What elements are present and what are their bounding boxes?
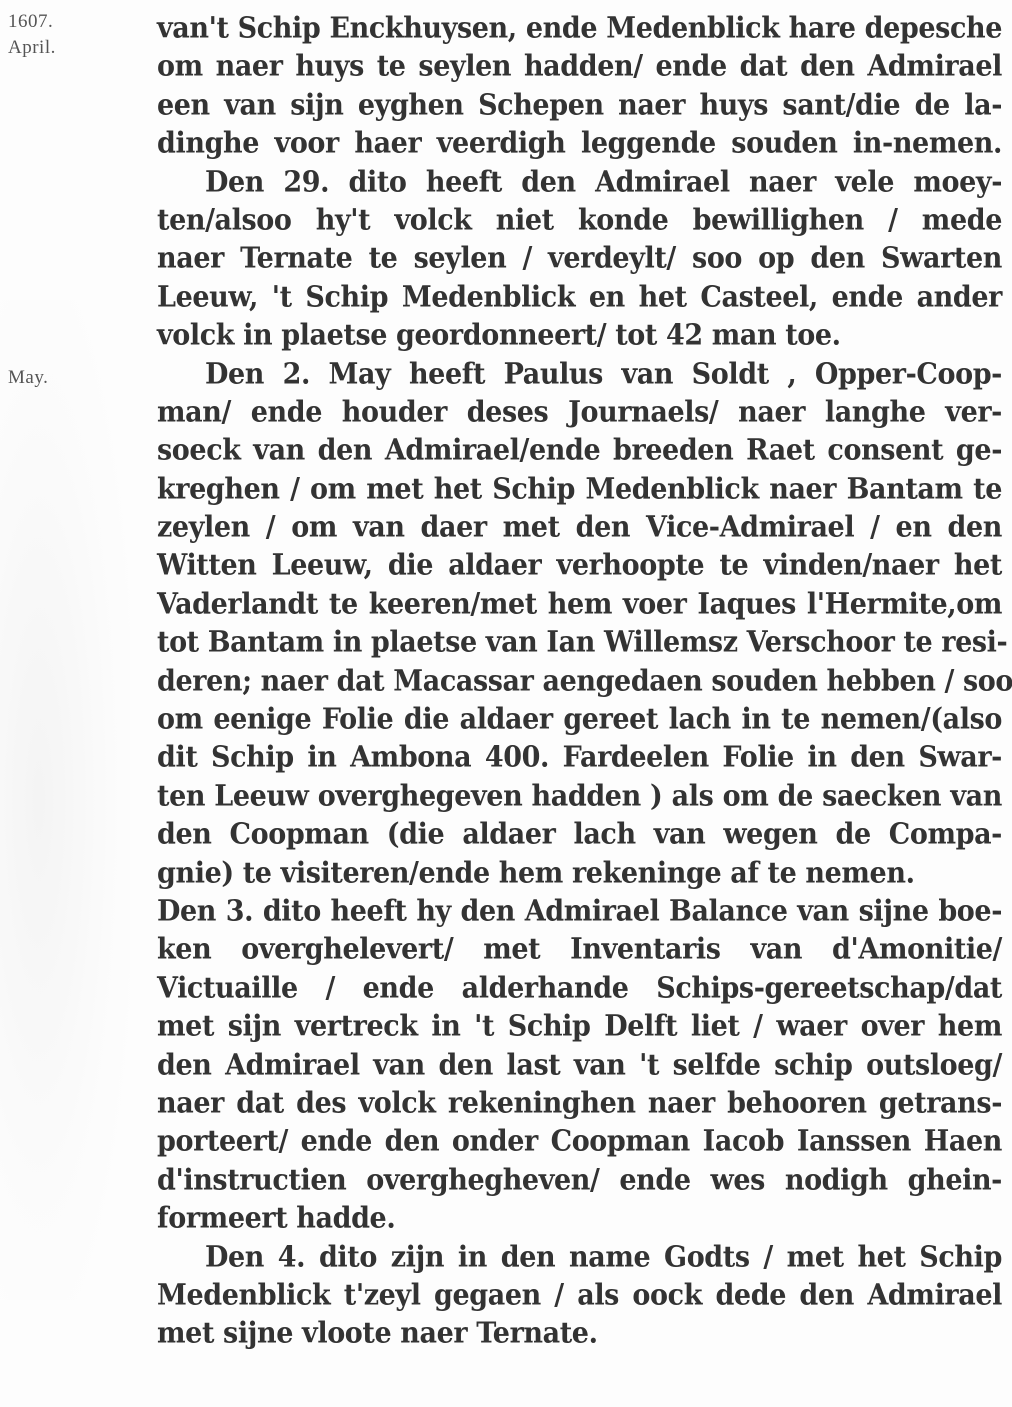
text-line: naer dat des volck rekeninghen naer beho… — [157, 1083, 1002, 1124]
text-line: soeck van den Admirael/ende breeden Raet… — [157, 431, 1002, 472]
text-line: Den 4. dito zijn in den name Godts / met… — [157, 1237, 1002, 1278]
text-line: Victuaille / ende alderhande Schips-gere… — [157, 968, 1002, 1009]
paragraph-3: Den 2. May heeft Paulus van Soldt , Oppe… — [157, 356, 1002, 893]
text-line: zeylen / om van daer met den Vice-Admira… — [157, 508, 1002, 549]
text-line: Den 2. May heeft Paulus van Soldt , Oppe… — [157, 354, 1002, 395]
text-line: volck in plaetse geordonneert/ tot 42 ma… — [157, 316, 1002, 357]
text-line: Den 29. dito heeft den Admirael naer vel… — [157, 162, 1002, 203]
text-line: ten Leeuw overghegeven hadden ) als om d… — [157, 776, 1002, 817]
text-line: ten/alsoo hy't volck niet konde bewillig… — [157, 200, 1002, 241]
text-line: Vaderlandt te keeren/met hem voer Iaques… — [157, 584, 1002, 625]
paragraph-5: Den 4. dito zijn in den name Godts / met… — [157, 1239, 1002, 1354]
margin-note-april: April. — [8, 36, 56, 60]
text-line: Witten Leeuw, die aldaer verhoopte te vi… — [157, 546, 1002, 587]
text-line: porteert/ ende den onder Coopman Iacob I… — [157, 1122, 1002, 1163]
paragraph-2: Den 29. dito heeft den Admirael naer vel… — [157, 164, 1002, 356]
margin-note-year: 1607. — [8, 10, 53, 34]
text-line: formeert hadde. — [157, 1199, 1002, 1240]
text-line: naer Ternate te seylen / verdeylt/ soo o… — [157, 239, 1002, 280]
text-line: dinghe voor haer veerdigh leggende soude… — [157, 124, 1002, 165]
text-line: dit Schip in Ambona 400. Fardeelen Folie… — [157, 738, 1002, 779]
text-line: Den 3. dito heeft hy den Admirael Balanc… — [157, 891, 1002, 932]
text-line: den Coopman (die aldaer lach van wegen d… — [157, 815, 1002, 856]
text-line: d'instructien overghegheven/ ende wes no… — [157, 1160, 1002, 1201]
text-line: deren; naer dat Macassar aengedaen soude… — [157, 661, 1002, 702]
text-line: gnie) te visiteren/ende hem rekeninge af… — [157, 853, 1002, 894]
paragraph-1: van't Schip Enckhuysen, ende Medenblick … — [157, 10, 1002, 164]
text-line: tot Bantam in plaetse van Ian Willemsz V… — [157, 623, 1002, 664]
text-line: om naer huys te seylen hadden/ ende dat … — [157, 47, 1002, 88]
margin-note-may: May. — [8, 366, 48, 390]
text-line: met sijn vertreck in 't Schip Delft liet… — [157, 1007, 1002, 1048]
text-line: man/ ende houder deses Journaels/ naer l… — [157, 392, 1002, 433]
text-line: met sijne vloote naer Ternate. — [157, 1314, 1002, 1355]
text-line: Medenblick t'zeyl gegaen / als oock dede… — [157, 1275, 1002, 1316]
text-line: om eenige Folie die aldaer gereet lach i… — [157, 699, 1002, 740]
text-line: ken overghelevert/ met Inventaris van d'… — [157, 930, 1002, 971]
text-line: Leeuw, 't Schip Medenblick en het Castee… — [157, 277, 1002, 318]
text-line: den Admirael van den last van 't selfde … — [157, 1045, 1002, 1086]
paragraph-4: Den 3. dito heeft hy den Admirael Balanc… — [157, 893, 1002, 1239]
page-shadow — [0, 300, 130, 1300]
journal-text-body: van't Schip Enckhuysen, ende Medenblick … — [157, 10, 1002, 1354]
text-line: een van sijn eyghen Schepen naer huys sa… — [157, 85, 1002, 126]
text-line: kreghen / om met het Schip Medenblick na… — [157, 469, 1002, 510]
text-line: van't Schip Enckhuysen, ende Medenblick … — [157, 8, 1002, 49]
